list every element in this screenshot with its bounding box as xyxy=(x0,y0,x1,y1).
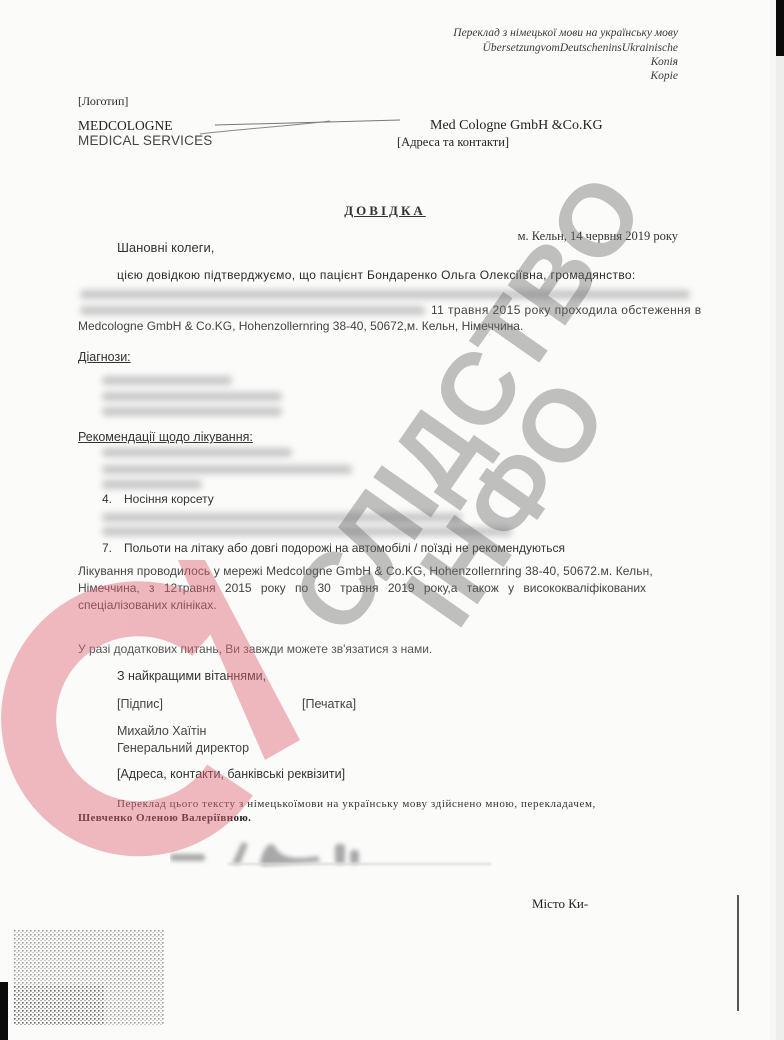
treatment-line-1: Лікування проводилось у мережі Medcologn… xyxy=(78,564,653,578)
item-text: Польоти на літаку або довгі подорожі на … xyxy=(124,541,565,555)
redacted-recommendation xyxy=(102,480,202,489)
closing-regards: З найкращими вітаннями, xyxy=(117,669,266,683)
redacted-recommendation xyxy=(102,513,462,522)
vertical-rule xyxy=(737,895,739,1011)
item-text: Носіння корсету xyxy=(124,492,214,506)
address-placeholder: [Адреса та контакти] xyxy=(397,135,509,150)
scan-noise-artifact xyxy=(14,930,164,1025)
body-paragraph-line-4: Medcologne GmbH & Co.KG, Hohenzollernrin… xyxy=(78,319,523,333)
company-legal-name: Med Cologne GmbH &Co.KG xyxy=(430,118,603,134)
signer-title: Генеральний директор xyxy=(117,741,249,755)
treatment-line-2: Німеччина, з 12травня 2015 року по 30 тр… xyxy=(78,581,646,595)
treatment-line-3: спеціалізованих клініках. xyxy=(78,598,217,612)
date-line: м. Кельн, 14 червня 2019 року xyxy=(518,229,678,244)
item-number: 7. xyxy=(102,541,124,555)
redacted-recommendation xyxy=(102,465,352,474)
redacted-diagnosis xyxy=(102,376,232,385)
item-number: 4. xyxy=(102,492,124,506)
redacted-text xyxy=(80,290,690,299)
redacted-text xyxy=(80,306,425,315)
translator-note-line-1: Переклад цього тексту з німецькоїмови на… xyxy=(117,798,596,810)
redacted-recommendation xyxy=(102,527,512,536)
signer-details-placeholder: [Адреса, контакти, банківські реквізити] xyxy=(117,767,345,781)
recommendation-item-7: 7.Польоти на літаку або довгі подорожі н… xyxy=(102,541,565,555)
redacted-diagnosis xyxy=(102,407,282,416)
body-paragraph-line-3: 11 травня 2015 року проходила обстеження… xyxy=(431,303,702,317)
greeting: Шановні колеги, xyxy=(117,240,214,255)
signer-name: Михайло Хаїтін xyxy=(117,724,206,738)
recommendation-item-4: 4.Носіння корсету xyxy=(102,492,214,506)
scanned-document-page: Переклад з німецької мови на українську … xyxy=(0,0,770,1040)
scan-edge-top-right xyxy=(776,0,784,56)
redacted-diagnosis xyxy=(102,392,282,401)
diagnoses-heading: Діагнози: xyxy=(78,350,131,364)
scan-edge-right xyxy=(776,56,784,1040)
letterhead-line-stroke xyxy=(0,0,784,160)
redacted-handwritten-signature xyxy=(170,838,440,870)
redacted-recommendation xyxy=(102,448,292,457)
signature-placeholder: [Підпис] xyxy=(117,697,163,711)
body-paragraph-line-1: цією довідкою підтверджуємо, що пацієнт … xyxy=(117,268,636,282)
document-title: ДОВІДКА xyxy=(0,203,770,219)
scan-edge-bottom-left xyxy=(0,982,8,1040)
city-fragment: Місто Ки- xyxy=(532,896,588,912)
contact-note: У разі додаткових питань, Ви завжди може… xyxy=(78,642,432,656)
translator-name: Шевченко Оленою Валеріївною. xyxy=(78,812,251,824)
stamp-placeholder: [Печатка] xyxy=(302,697,356,711)
recommendations-heading: Рекомендації щодо лікування: xyxy=(78,430,253,444)
signature-line xyxy=(228,863,491,865)
